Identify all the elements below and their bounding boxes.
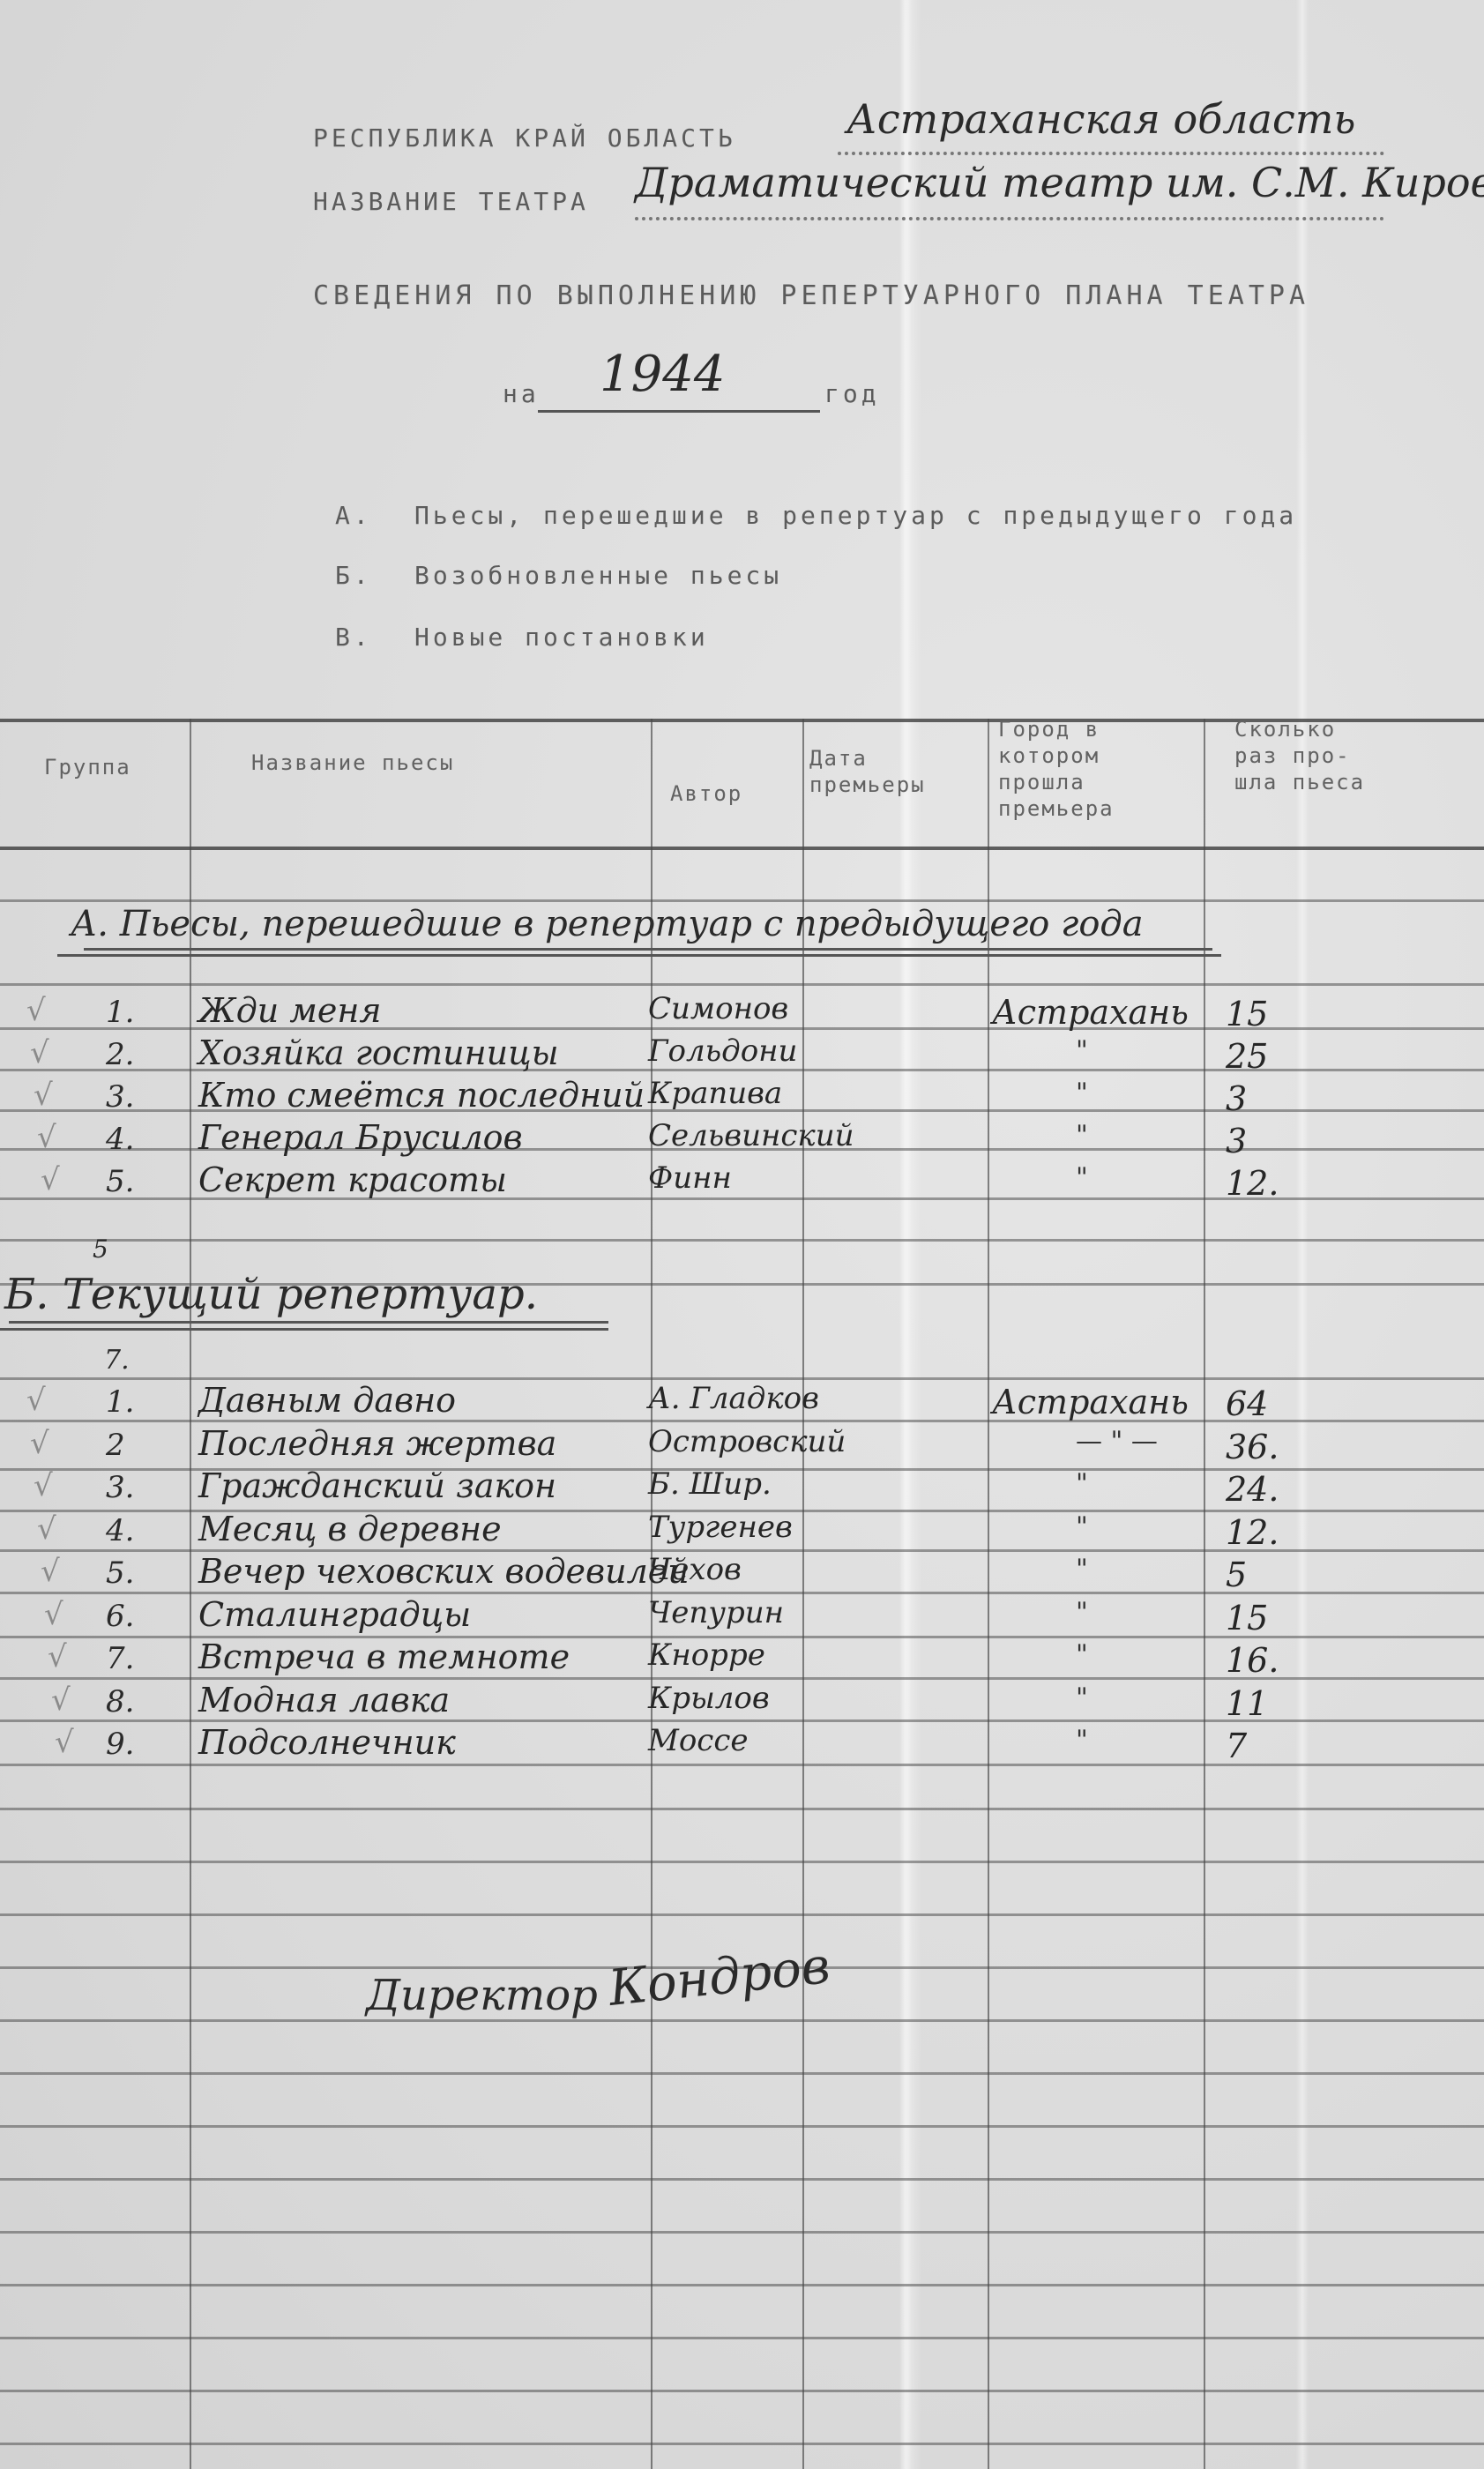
signature-label: Директор <box>366 1971 598 2020</box>
play-title: Гражданский закон <box>198 1466 556 1505</box>
legend-letter-b: Б. <box>335 561 372 590</box>
row-number: 6. <box>106 1599 134 1634</box>
row-number: 1. <box>106 995 134 1030</box>
legend-letter-a: А. <box>335 501 372 530</box>
row-number: 7. <box>106 1641 134 1676</box>
ruled-line <box>0 2019 1484 2022</box>
year-prefix: на <box>503 379 540 408</box>
performance-count: 12. <box>1226 1164 1279 1203</box>
legend-text-b: Возобновленные пьесы <box>414 561 782 590</box>
play-author: Финн <box>648 1160 732 1196</box>
play-author: Крапива <box>648 1076 782 1111</box>
theatre-dotted-line <box>635 217 1384 220</box>
theatre-label: НАЗВАНИЕ ТЕАТРА <box>313 187 589 216</box>
ruled-line <box>0 1764 1484 1766</box>
legend-text-a: Пьесы, перешедшие в репертуар с предыдущ… <box>414 501 1297 530</box>
row-number: 8. <box>106 1684 134 1719</box>
ruled-line <box>0 1808 1484 1810</box>
column-line <box>1204 719 1205 2469</box>
column-header-author: Автор <box>670 780 742 807</box>
play-author: Тургенев <box>648 1510 793 1545</box>
ruled-line <box>0 847 1484 850</box>
play-author: Крылов <box>648 1681 770 1716</box>
column-header-performance-count: Сколько раз про- шла пьеса <box>1234 716 1365 795</box>
paper-fold <box>1296 0 1309 2469</box>
check-mark-icon: √ <box>34 1468 53 1503</box>
ruled-line <box>0 2337 1484 2339</box>
column-header-premiere-date: Дата премьеры <box>809 745 926 798</box>
section-a-subtotal: 5 <box>93 1234 108 1264</box>
column-header-premiere-city: Город в котором прошла премьера <box>998 716 1115 822</box>
ruled-line <box>0 1861 1484 1863</box>
paper-fold <box>899 0 912 2469</box>
performance-count: 15 <box>1226 1599 1268 1637</box>
premiere-city: " <box>1076 1554 1088 1585</box>
premiere-city: " <box>1076 1639 1088 1670</box>
ruled-line <box>0 1239 1484 1242</box>
premiere-city: Астрахань <box>992 993 1189 1032</box>
section-b-underline <box>9 1321 608 1324</box>
check-mark-icon: √ <box>34 1078 53 1113</box>
premiere-city: " <box>1076 1725 1088 1756</box>
performance-count: 64 <box>1226 1384 1268 1423</box>
play-title: Встреча в темноте <box>198 1637 570 1676</box>
column-line <box>988 719 989 2469</box>
document-page <box>0 0 1484 2469</box>
ruled-line <box>0 2443 1484 2445</box>
play-title: Последняя жертва <box>198 1424 556 1463</box>
year-suffix: год <box>824 379 880 408</box>
play-author: Б. Шир. <box>648 1466 772 1502</box>
premiere-city: " <box>1076 1511 1088 1542</box>
play-author: Кнорре <box>648 1637 765 1673</box>
premiere-city: " <box>1076 1597 1088 1628</box>
check-mark-icon: √ <box>37 1511 56 1547</box>
section-b-underline-2 <box>0 1328 608 1331</box>
play-title: Жди меня <box>198 991 382 1030</box>
check-mark-icon: √ <box>41 1162 60 1197</box>
performance-count: 36. <box>1226 1428 1279 1466</box>
row-number: 4. <box>106 1122 134 1157</box>
check-mark-icon: √ <box>48 1639 67 1675</box>
play-author: Чепурин <box>648 1595 784 1630</box>
row-number: 2. <box>106 1037 134 1072</box>
row-number: 4. <box>106 1513 134 1548</box>
premiere-city: " <box>1076 1682 1088 1713</box>
premiere-city: — " — <box>1076 1426 1158 1457</box>
ruled-line <box>0 2178 1484 2181</box>
ruled-line <box>0 2231 1484 2234</box>
performance-count: 12. <box>1226 1513 1279 1552</box>
check-mark-icon: √ <box>30 1035 49 1070</box>
row-number: 9. <box>106 1727 134 1762</box>
play-author: Гольдони <box>648 1033 797 1069</box>
ruled-line <box>0 983 1484 986</box>
check-mark-icon: √ <box>30 1426 49 1461</box>
section-a-underline <box>84 948 1212 951</box>
section-a-heading: А. Пьесы, перешедшие в репертуар с преды… <box>71 904 1144 944</box>
premiere-city: " <box>1076 1035 1088 1066</box>
play-author: Чехов <box>648 1552 742 1587</box>
ruled-line <box>0 899 1484 902</box>
row-number: 3. <box>106 1470 134 1505</box>
performance-count: 3 <box>1226 1122 1247 1160</box>
performance-count: 15 <box>1226 995 1268 1033</box>
play-title: Генерал Брусилов <box>198 1118 523 1157</box>
row-number: 3. <box>106 1079 134 1115</box>
row-number: 5. <box>106 1555 134 1591</box>
ruled-line <box>0 2125 1484 2128</box>
play-title: Подсолнечник <box>198 1723 456 1762</box>
check-mark-icon: √ <box>26 993 46 1028</box>
legend-text-v: Новые постановки <box>414 623 709 652</box>
row-number: 1. <box>106 1384 134 1420</box>
legend-letter-v: В. <box>335 623 372 652</box>
play-title: Вечер чеховских водевилей <box>198 1552 690 1591</box>
play-title: Давным давно <box>198 1381 456 1420</box>
row-number: 2 <box>106 1428 125 1463</box>
play-author: Сельвинский <box>648 1118 854 1153</box>
theatre-value: Драматический театр им. С.М. Кирова <box>635 159 1484 206</box>
column-header-group: Группа <box>44 754 131 780</box>
ruled-line <box>0 2390 1484 2392</box>
check-mark-icon: √ <box>41 1554 60 1589</box>
check-mark-icon: √ <box>26 1383 46 1418</box>
play-title: Хозяйка гостиницы <box>198 1033 559 1072</box>
premiere-city: " <box>1076 1120 1088 1151</box>
play-title: Секрет красоты <box>198 1160 507 1199</box>
section-b-heading: Б. Текущий репертуар. <box>4 1270 538 1319</box>
region-dotted-line <box>838 152 1384 155</box>
play-title: Сталинградцы <box>198 1595 471 1634</box>
play-title: Кто смеётся последний <box>198 1076 645 1115</box>
performance-count: 25 <box>1226 1037 1268 1076</box>
play-author: А. Гладков <box>648 1381 819 1416</box>
ruled-line <box>0 1377 1484 1380</box>
premiere-city: Астрахань <box>992 1383 1189 1421</box>
check-mark-icon: √ <box>51 1682 71 1718</box>
ruled-line <box>0 1913 1484 1916</box>
play-author: Островский <box>648 1424 846 1459</box>
check-mark-icon: √ <box>37 1120 56 1155</box>
column-header-title: Название пьесы <box>251 750 454 776</box>
ruled-line <box>0 2284 1484 2286</box>
premiere-city: " <box>1076 1162 1088 1193</box>
check-mark-icon: √ <box>44 1597 63 1632</box>
year-underline <box>538 410 820 413</box>
ruled-line <box>0 2072 1484 2075</box>
performance-count: 7 <box>1226 1727 1247 1765</box>
performance-count: 5 <box>1226 1555 1247 1594</box>
performance-count: 24. <box>1226 1470 1279 1509</box>
play-title: Модная лавка <box>198 1681 450 1719</box>
region-label: РЕСПУБЛИКА КРАЙ ОБЛАСТЬ <box>313 123 736 153</box>
premiere-city: " <box>1076 1078 1088 1108</box>
year-value: 1944 <box>600 346 726 403</box>
check-mark-icon: √ <box>55 1725 74 1760</box>
section-a-underline-2 <box>57 954 1221 957</box>
performance-count: 16. <box>1226 1641 1279 1680</box>
play-title: Месяц в деревне <box>198 1510 502 1548</box>
play-author: Моссе <box>648 1723 749 1758</box>
column-line <box>651 719 653 2469</box>
play-author: Симонов <box>648 991 788 1026</box>
region-value: Астраханская область <box>846 95 1355 143</box>
section-b-count-mark: 7. <box>104 1345 130 1376</box>
row-number: 5. <box>106 1164 134 1199</box>
performance-count: 3 <box>1226 1079 1247 1118</box>
performance-count: 11 <box>1226 1684 1268 1723</box>
column-line <box>802 719 804 2469</box>
premiere-city: " <box>1076 1468 1088 1499</box>
column-line <box>190 719 191 2469</box>
document-title: СВЕДЕНИЯ ПО ВЫПОЛНЕНИЮ РЕПЕРТУАРНОГО ПЛА… <box>313 280 1309 311</box>
